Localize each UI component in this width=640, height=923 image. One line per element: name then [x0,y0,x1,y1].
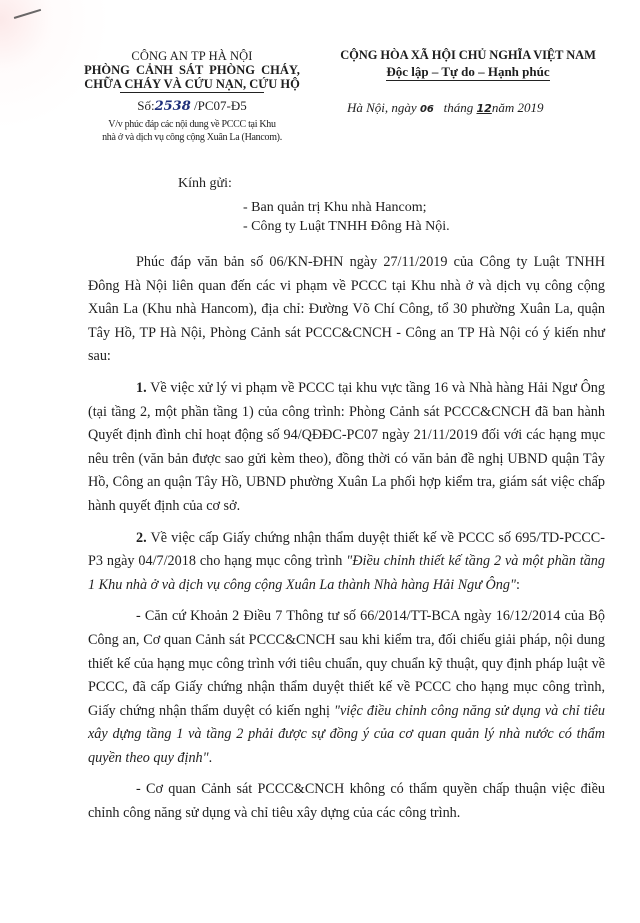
section-2-end: : [516,577,520,593]
section-2-paragraph: 2. Về việc cấp Giấy chứng nhận thẩm duyệ… [88,527,605,598]
agency-underline [120,92,264,93]
document-number: Số:2538 /PC07-Đ5 [62,98,322,115]
intro-paragraph: Phúc đáp văn bản số 06/KN-ĐHN ngày 27/11… [88,251,605,369]
agency-name-line2: CHỮA CHÁY VÀ CỨU NẠN, CỨU HỘ [62,77,322,91]
subject-line: V/v phúc đáp các nội dung về PCCC tại Kh… [62,118,322,144]
date-month-label: tháng [444,100,474,115]
national-motto: Độc lập – Tự do – Hạnh phúc [386,64,549,81]
section-2-number: 2. [136,530,147,546]
bullet-2-paragraph: - Cơ quan Cảnh sát PCCC&CNCH không có th… [88,778,605,825]
subject-line-1: V/v phúc đáp các nội dung về PCCC tại Kh… [62,118,322,131]
docno-suffix: /PC07-Đ5 [194,98,247,113]
section-1-number: 1. [136,380,147,396]
docno-prefix: Số: [137,98,154,113]
date-month: 12 [477,102,492,115]
recipient-item: - Ban quản trị Khu nhà Hancom; [243,198,450,217]
agency-parent: CÔNG AN TP HÀ NỘI [62,49,322,63]
agency-name-line1: PHÒNG CẢNH SÁT PHÒNG CHÁY, [62,63,322,77]
greeting: Kính gửi: [178,176,232,192]
date-day: 06 [420,104,434,115]
document-page: CÔNG AN TP HÀ NỘI PHÒNG CẢNH SÁT PHÒNG C… [0,0,640,923]
issuing-agency-block: CÔNG AN TP HÀ NỘI PHÒNG CẢNH SÁT PHÒNG C… [62,49,322,144]
subject-line-2: nhà ở và dịch vụ công cộng Xuân La (Hanc… [62,131,322,144]
section-1-paragraph: 1. Về việc xử lý vi phạm về PCCC tại khu… [88,377,605,519]
nation-title: CỘNG HÒA XÃ HỘI CHỦ NGHĨA VIỆT NAM [318,48,618,63]
date-prefix: Hà Nội, ngày [347,100,417,115]
recipient-item: - Công ty Luật TNHH Đông Hà Nội. [243,217,450,236]
recipient-list: - Ban quản trị Khu nhà Hancom; - Công ty… [243,198,450,236]
bullet-1-end: . [209,750,213,766]
letter-body: Phúc đáp văn bản số 06/KN-ĐHN ngày 27/11… [88,251,605,826]
docno-handwritten: 2538 [155,99,191,114]
bullet-1-paragraph: - Căn cứ Khoản 2 Điều 7 Thông tư số 66/2… [88,605,605,770]
national-header: CỘNG HÒA XÃ HỘI CHỦ NGHĨA VIỆT NAM Độc l… [318,48,618,81]
section-1-text: Về việc xử lý vi phạm về PCCC tại khu vự… [88,380,605,514]
date-year: năm 2019 [492,100,544,115]
pen-mark [14,9,41,19]
date-line: Hà Nội, ngày 06 tháng 12năm 2019 [347,100,543,116]
